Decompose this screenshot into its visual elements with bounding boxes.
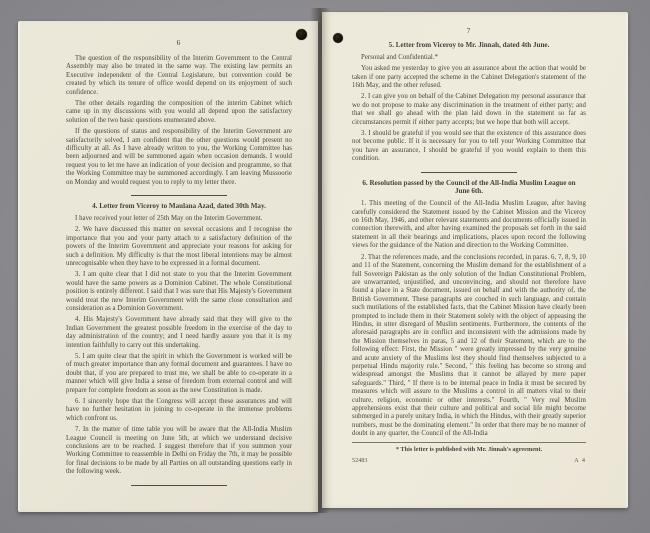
signature-mark: A 4 — [574, 457, 586, 464]
page-number-right: 7 — [352, 26, 586, 35]
punch-hole-left — [296, 29, 307, 40]
section-divider-rule — [421, 172, 517, 173]
paragraph: 2. That the references made, and the con… — [352, 254, 586, 439]
footnote-block: * This letter is published with Mr. Jinn… — [352, 442, 586, 464]
subheading-confidential: Personal and Confidential.* — [352, 54, 586, 62]
left-page-body: The question of the responsibility of th… — [66, 55, 292, 486]
footnote-rule — [352, 442, 586, 443]
paragraph: 3. I should be grateful if you would see… — [352, 130, 586, 164]
paragraph: The question of the responsibility of th… — [66, 55, 292, 97]
paragraph: 7. In the matter of time table you will … — [66, 426, 292, 476]
paragraph: 3. I am quite clear that I did not state… — [66, 271, 292, 313]
paragraph: The other details regarding the composit… — [66, 100, 292, 125]
paragraph: 4. His Majesty's Government have already… — [66, 316, 292, 350]
section-heading-6: 6. Resolution passed by the Council of t… — [352, 179, 586, 197]
paragraph: If the questions of status and responsib… — [66, 128, 292, 187]
section-heading-4: 4. Letter from Viceroy to Maulana Azad, … — [66, 202, 292, 211]
paragraph: 6. I sincerely hope that the Congress wi… — [66, 398, 292, 423]
paragraph: 5. I am quite clear that the spirit in w… — [66, 353, 292, 395]
footnote-text: * This letter is published with Mr. Jinn… — [352, 446, 586, 454]
left-page: 6 The question of the responsibility of … — [18, 21, 318, 512]
paragraph: I have received your letter of 25th May … — [66, 215, 292, 223]
paragraph: 1. This meeting of the Council of the Al… — [352, 200, 586, 250]
right-page-body: 5. Letter from Viceroy to Mr. Jinnah, da… — [352, 41, 586, 439]
print-code: 52483 — [352, 457, 367, 464]
paragraph: You asked me yesterday to give you an as… — [352, 65, 586, 90]
paragraph: 2. We have discussed this matter on seve… — [66, 226, 292, 268]
end-of-letter-rule — [131, 485, 227, 486]
right-page: 7 5. Letter from Viceroy to Mr. Jinnah, … — [322, 12, 628, 508]
book-spread-background: 6 The question of the responsibility of … — [0, 0, 650, 533]
section-heading-5: 5. Letter from Viceroy to Mr. Jinnah, da… — [352, 41, 586, 50]
paragraph: 2. I can give you on behalf of the Cabin… — [352, 93, 586, 127]
page-number-left: 6 — [66, 38, 292, 47]
punch-hole-right — [333, 33, 343, 43]
section-divider-rule — [131, 195, 227, 196]
